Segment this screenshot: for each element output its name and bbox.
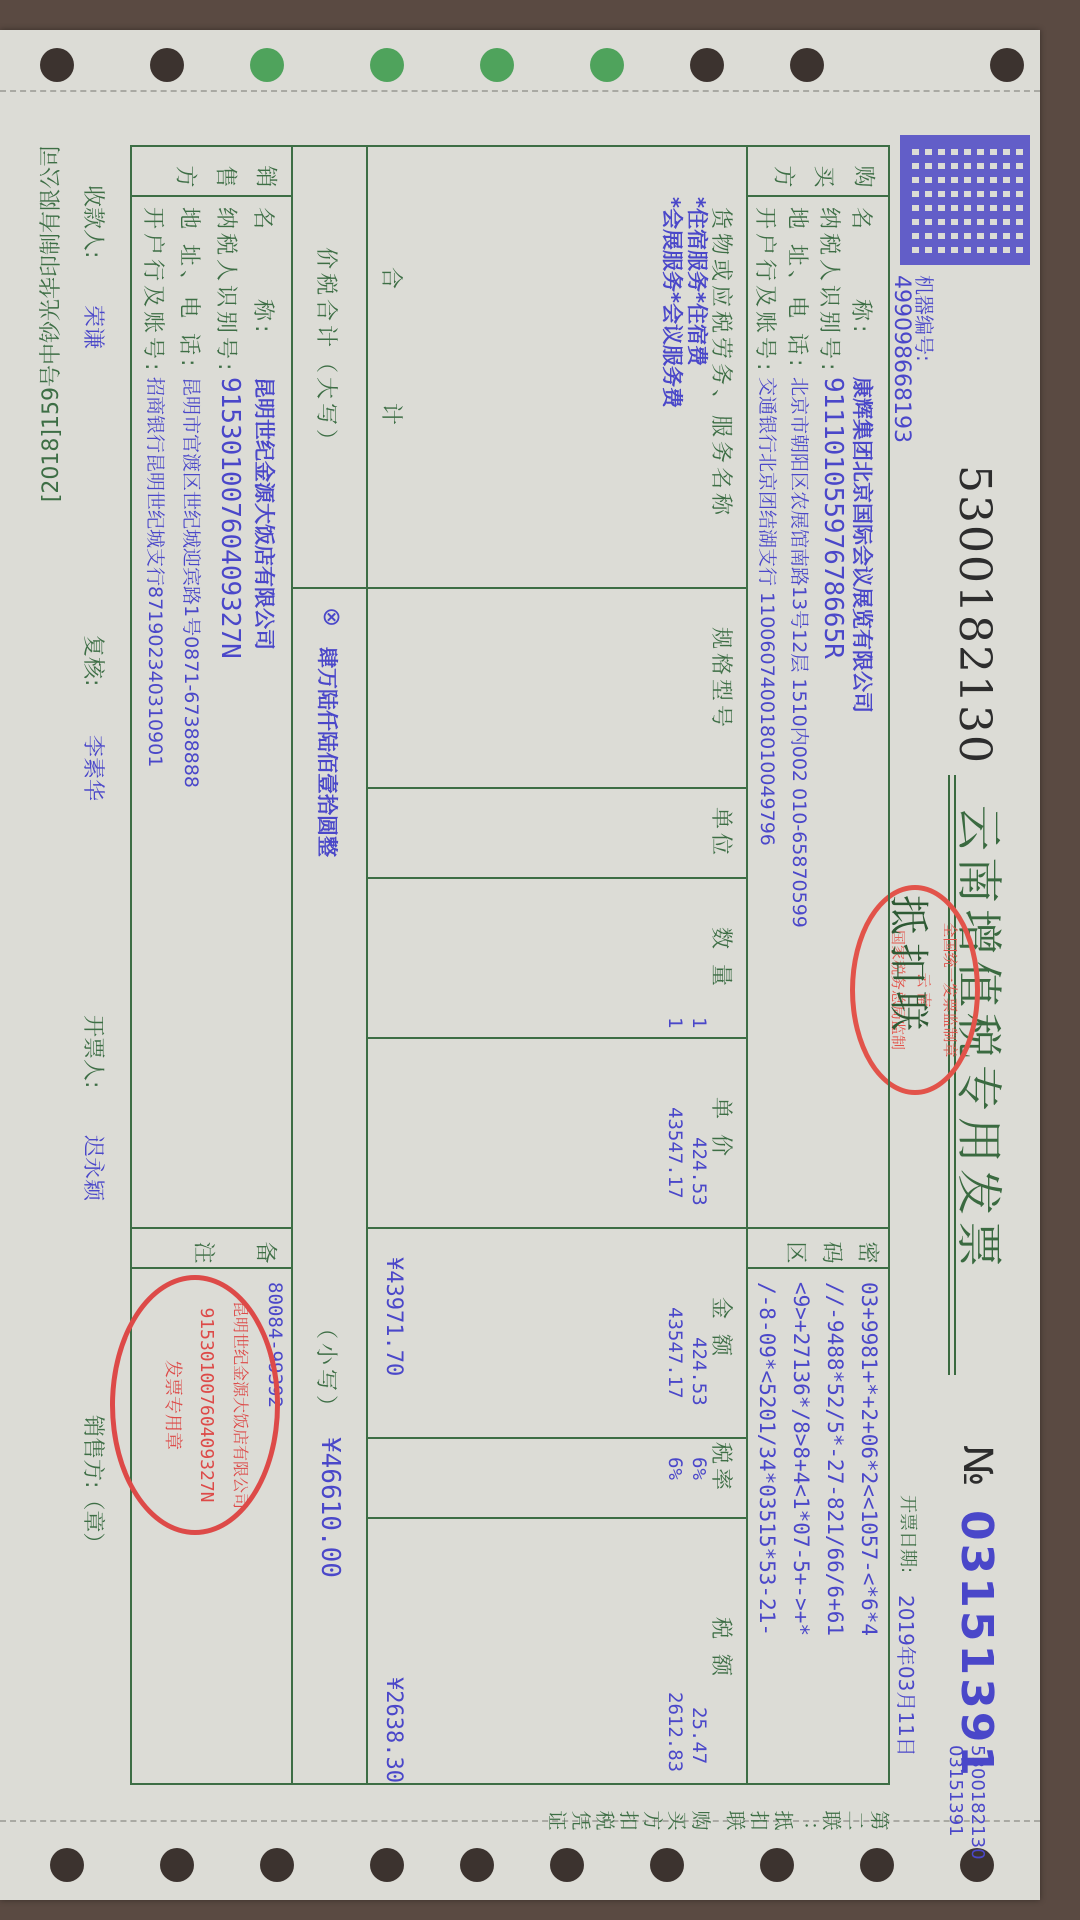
col-header-rate: 税率 [707, 1442, 738, 1494]
invoice-document: 机器编号: 499098668193 5300182130 云南增值税专用发票 … [0, 115, 1040, 1875]
cipher-side-label: 密码区 [772, 1235, 880, 1266]
seller-invoice-stamp: 昆明世纪金源大饭店有限公司 91530100760409327N 发票专用章 [110, 1275, 280, 1535]
subtotal-amount: ¥43971.70 [381, 1257, 406, 1376]
payee-label: 收款人: [79, 185, 110, 258]
invoice-code-small: 5300182130 03151391 [944, 1745, 988, 1860]
total-words: 肆万陆仟陆佰壹拾圆整 [313, 647, 343, 857]
reviewer-label: 复核: [79, 635, 110, 686]
seller-side-label: 销售方 [158, 159, 278, 190]
number-sign: № [954, 1445, 1000, 1487]
total-label: 价税合计（大写） [312, 247, 343, 455]
circle-x-icon: ⊗ [318, 607, 346, 627]
col-header-qty: 数 量 [707, 927, 738, 990]
seller-name: 昆明世纪金源大饭店有限公司 [250, 377, 280, 650]
col-header-tax: 税 额 [707, 1617, 738, 1680]
seller-tax-id: 91530100760409327N [215, 377, 245, 659]
invoice-number: 03151391 [951, 1510, 1002, 1779]
issuer-label: 开票人: [79, 1015, 110, 1088]
invoice-date: 2019年03月11日 [893, 1595, 922, 1757]
col-header-price: 单 价 [707, 1097, 738, 1160]
reviewer: 李素华 [79, 735, 110, 801]
buyer-side-label: 购买方 [756, 159, 876, 190]
buyer-bank: 交通银行北京团结湖支行 110060740018010049796 [755, 377, 782, 846]
col-header-unit: 单位 [707, 807, 738, 859]
invoice-table: 购买方 名 称: 康辉集团北京国际会议展览有限公司 纳税人识别号: 911101… [130, 145, 890, 1785]
seller-bank: 招商银行昆明世纪城支行871902340310901 [143, 377, 170, 767]
copy-type: 抵扣联 [883, 895, 940, 1039]
buyer-address: 北京市朝阳区农展馆南路13号12层 1510内002 010-65870599 [787, 377, 814, 928]
buyer-tax-id: 91110105597678665R [818, 377, 848, 659]
date-label: 开票日期: [896, 1495, 922, 1573]
seller-seal-label: 销售方:（章） [79, 1415, 110, 1554]
col-header-amount: 金 额 [707, 1297, 738, 1360]
payee: 荣谦 [79, 305, 110, 349]
machine-no-label: 机器编号: [911, 275, 940, 362]
subtotal-tax: ¥2638.30 [381, 1677, 406, 1783]
remarks-side-label: 备注 [154, 1235, 278, 1266]
col-header-spec: 规格型号 [707, 627, 738, 731]
issuer: 迟永颖 [79, 1135, 110, 1201]
invoice-code: 5300182130 [949, 465, 1000, 765]
machine-no: 499098668193 [889, 275, 914, 443]
qr-code-icon [900, 135, 1030, 265]
total-amount: ¥46610.00 [315, 1437, 345, 1578]
invoice-paper: 机器编号: 499098668193 5300182130 云南增值税专用发票 … [0, 30, 1040, 1900]
copy-note: 第二联：抵扣联 购买方扣税凭证 [544, 1805, 890, 1833]
seller-address: 昆明市官渡区世纪城迎宾路1号0871-67388888 [179, 377, 206, 788]
buyer-name: 康辉集团北京国际会议展览有限公司 [848, 377, 878, 713]
print-info: [2018]159号中钞光华印制有限公司 [34, 145, 65, 502]
cipher-area: 03+9981+*+2+06*2<<1057-<*6*4 //-9488*52/… [750, 1282, 886, 1636]
subtotal-label: 合 计 [377, 267, 408, 429]
